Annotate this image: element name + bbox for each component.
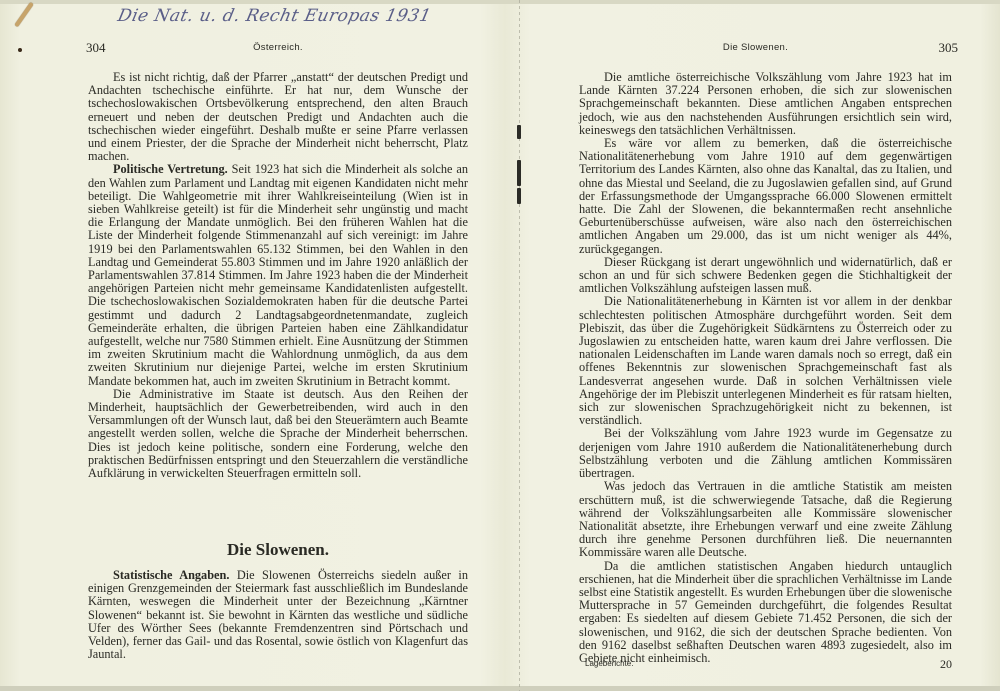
right-page-body: Die amtliche österreichische Volkszählun… xyxy=(579,71,952,665)
gutter-binding-mark xyxy=(517,125,521,139)
running-head-title: Die Slowenen. xyxy=(559,42,952,53)
paragraph-statistische-angaben: Statistische Angaben. Die Slowenen Öster… xyxy=(88,569,468,661)
paragraph-lead: Statistische Angaben. xyxy=(113,568,229,582)
book-gutter-line xyxy=(519,0,520,691)
paragraph: Es ist nicht richtig, daß der Pfarrer „a… xyxy=(88,71,468,163)
paragraph: Die amtliche österreichische Volkszählun… xyxy=(579,71,952,137)
scan-top-edge xyxy=(0,0,1000,4)
paragraph-politische-vertretung: Politische Vertretung. Seit 1923 hat sic… xyxy=(88,163,468,387)
scan-bottom-edge xyxy=(0,686,1000,691)
gutter-binding-mark xyxy=(517,188,521,204)
paragraph: Bei der Volkszählung vom Jahre 1923 wurd… xyxy=(579,427,952,480)
section-body: Statistische Angaben. Die Slowenen Öster… xyxy=(88,569,468,661)
staple-hole-icon xyxy=(18,48,22,52)
paragraph: Es wäre vor allem zu bemerken, daß die ö… xyxy=(579,137,952,256)
paragraph: Dieser Rückgang ist derart ungewöhnlich … xyxy=(579,256,952,296)
paragraph: Die Nationalitätenerhebung in Kärnten is… xyxy=(579,295,952,427)
gutter-binding-mark xyxy=(517,160,521,186)
left-page-body: Es ist nicht richtig, daß der Pfarrer „a… xyxy=(88,71,468,480)
section-heading: Die Slowenen. xyxy=(88,540,468,560)
running-head-title: Österreich. xyxy=(88,42,468,53)
handwritten-annotation: Die Nat. u. d. Recht Europas 1931 xyxy=(116,6,433,26)
sheet-number: 20 xyxy=(940,657,952,672)
left-running-header: 304 Österreich. xyxy=(88,40,468,56)
page-number: 305 xyxy=(939,40,959,56)
paragraph: Da die amtlichen statistischen Angaben h… xyxy=(579,560,952,666)
signature-mark: Lageberichte. xyxy=(585,659,633,668)
paragraph: Die Administrative im Staate ist deutsch… xyxy=(88,388,468,480)
right-running-header: Die Slowenen. 305 xyxy=(579,40,952,56)
paragraph: Was jedoch das Vertrauen in die amtliche… xyxy=(579,480,952,559)
paragraph-lead: Politische Vertretung. xyxy=(113,162,228,176)
